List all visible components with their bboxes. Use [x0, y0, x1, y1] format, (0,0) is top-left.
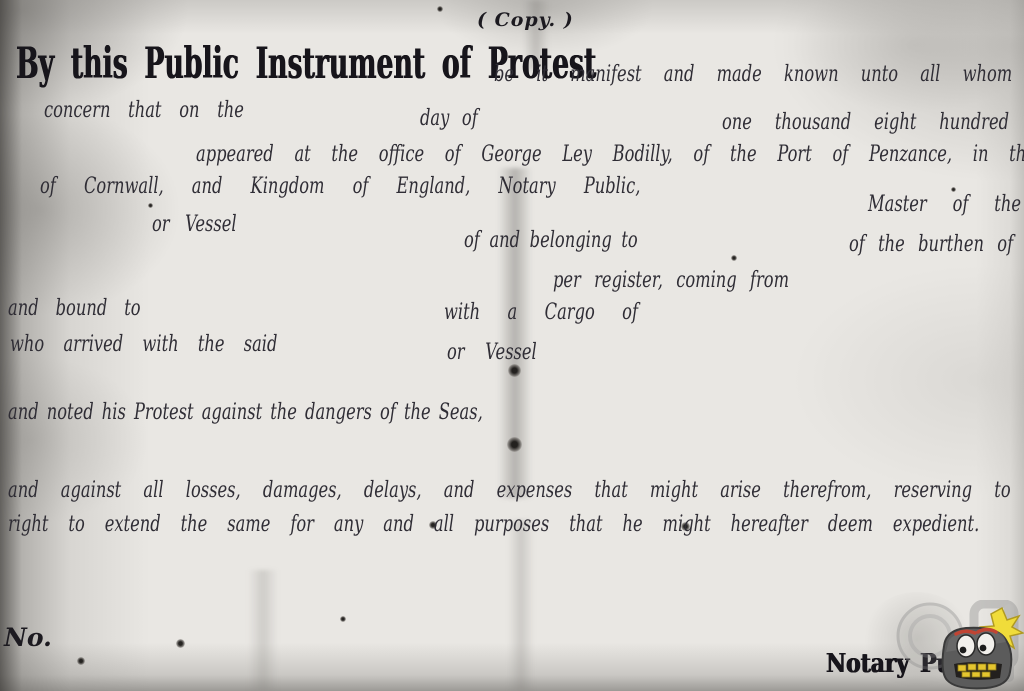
form-line-or-vessel-2: or Vessel: [447, 340, 537, 365]
form-line-burthen: of the burthen of: [849, 232, 1013, 257]
watermark-face-icon: [943, 628, 1012, 689]
form-line-cornwall: of Cornwall, and Kingdom of England, Not…: [40, 174, 640, 199]
number-label: No.: [4, 624, 52, 653]
form-line-or-vessel-1: or Vessel: [152, 212, 237, 237]
form-line-bound: and bound to: [8, 296, 141, 321]
copy-label: ( Copy. ): [477, 10, 574, 32]
form-line-master: Master of the: [868, 192, 1021, 217]
watermark-logo: [886, 600, 1024, 691]
form-line-losses-1: and against all losses, damages, delays,…: [8, 478, 1024, 503]
form-line-appeared: appeared at the office of George Ley Bod…: [196, 142, 1024, 167]
heading-continuation: be it manifest and made known unto all w…: [494, 62, 1024, 87]
form-line-cargo: with a Cargo of: [444, 300, 638, 325]
form-line-year: one thousand eight hundred and: [722, 110, 1024, 135]
form-line-losses-2: right to extend the same for any and all…: [8, 512, 979, 537]
form-line-belonging: of and belonging to: [464, 228, 638, 253]
form-line-protest: and noted his Protest against the danger…: [8, 400, 483, 425]
form-line-arrived: who arrived with the said: [10, 332, 277, 357]
form-line-register: per register, coming from: [553, 268, 789, 293]
form-line-concern: concern that on the: [44, 98, 244, 123]
form-line-day-of: day of: [420, 106, 478, 131]
